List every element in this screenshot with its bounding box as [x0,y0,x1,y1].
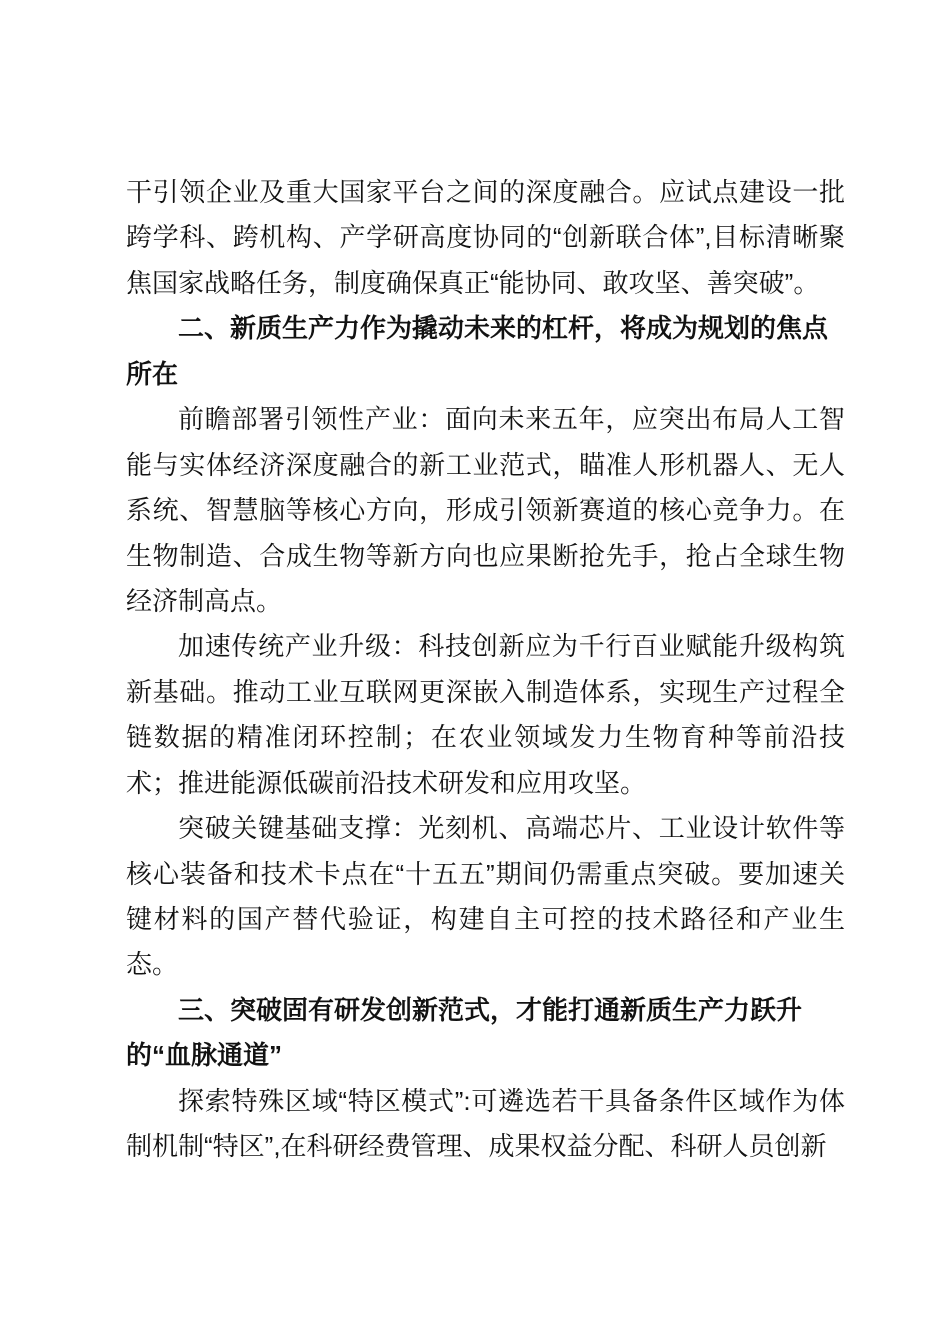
text-line: 新基础。推动工业互联网更深嵌入制造体系，实现生产过程全 [126,670,845,715]
heading-line: 二、新质生产力作为撬动未来的杠杆，将成为规划的焦点 [126,306,845,351]
text-line: 态。 [126,942,845,987]
text-line: 生物制造、合成生物等新方向也应果断抢先手，抢占全球生物 [126,534,845,579]
text-line: 经济制高点。 [126,579,845,624]
text-line: 焦国家战略任务，制度确保真正“能协同、敢攻坚、善突破”。 [126,261,845,306]
text-line: 突破关键基础支撑：光刻机、高端芯片、工业设计软件等 [126,806,845,851]
heading-line: 三、突破固有研发创新范式，才能打通新质生产力跃升 [126,988,845,1033]
document-page: 干引领企业及重大国家平台之间的深度融合。应试点建设一批跨学科、跨机构、产学研高度… [126,170,845,1170]
text-line: 前瞻部署引领性产业：面向未来五年，应突出布局人工智 [126,397,845,442]
text-line: 探索特殊区域“特区模式”:可遴选若干具备条件区域作为体 [126,1079,845,1124]
text-line: 干引领企业及重大国家平台之间的深度融合。应试点建设一批 [126,170,845,215]
text-line: 链数据的精准闭环控制；在农业领域发力生物育种等前沿技 [126,715,845,760]
text-line: 键材料的国产替代验证，构建自主可控的技术路径和产业生 [126,897,845,942]
text-line: 加速传统产业升级：科技创新应为千行百业赋能升级构筑 [126,624,845,669]
text-line: 能与实体经济深度融合的新工业范式，瞄准人形机器人、无人 [126,443,845,488]
text-line: 跨学科、跨机构、产学研高度协同的“创新联合体”,目标清晰聚 [126,215,845,260]
text-line: 核心装备和技术卡点在“十五五”期间仍需重点突破。要加速关 [126,852,845,897]
text-line: 制机制“特区”,在科研经费管理、成果权益分配、科研人员创新 [126,1124,845,1169]
text-line: 系统、智慧脑等核心方向，形成引领新赛道的核心竞争力。在 [126,488,845,533]
text-line: 术；推进能源低碳前沿技术研发和应用攻坚。 [126,761,845,806]
heading-line: 所在 [126,352,845,397]
heading-line: 的“血脉通道” [126,1033,845,1078]
